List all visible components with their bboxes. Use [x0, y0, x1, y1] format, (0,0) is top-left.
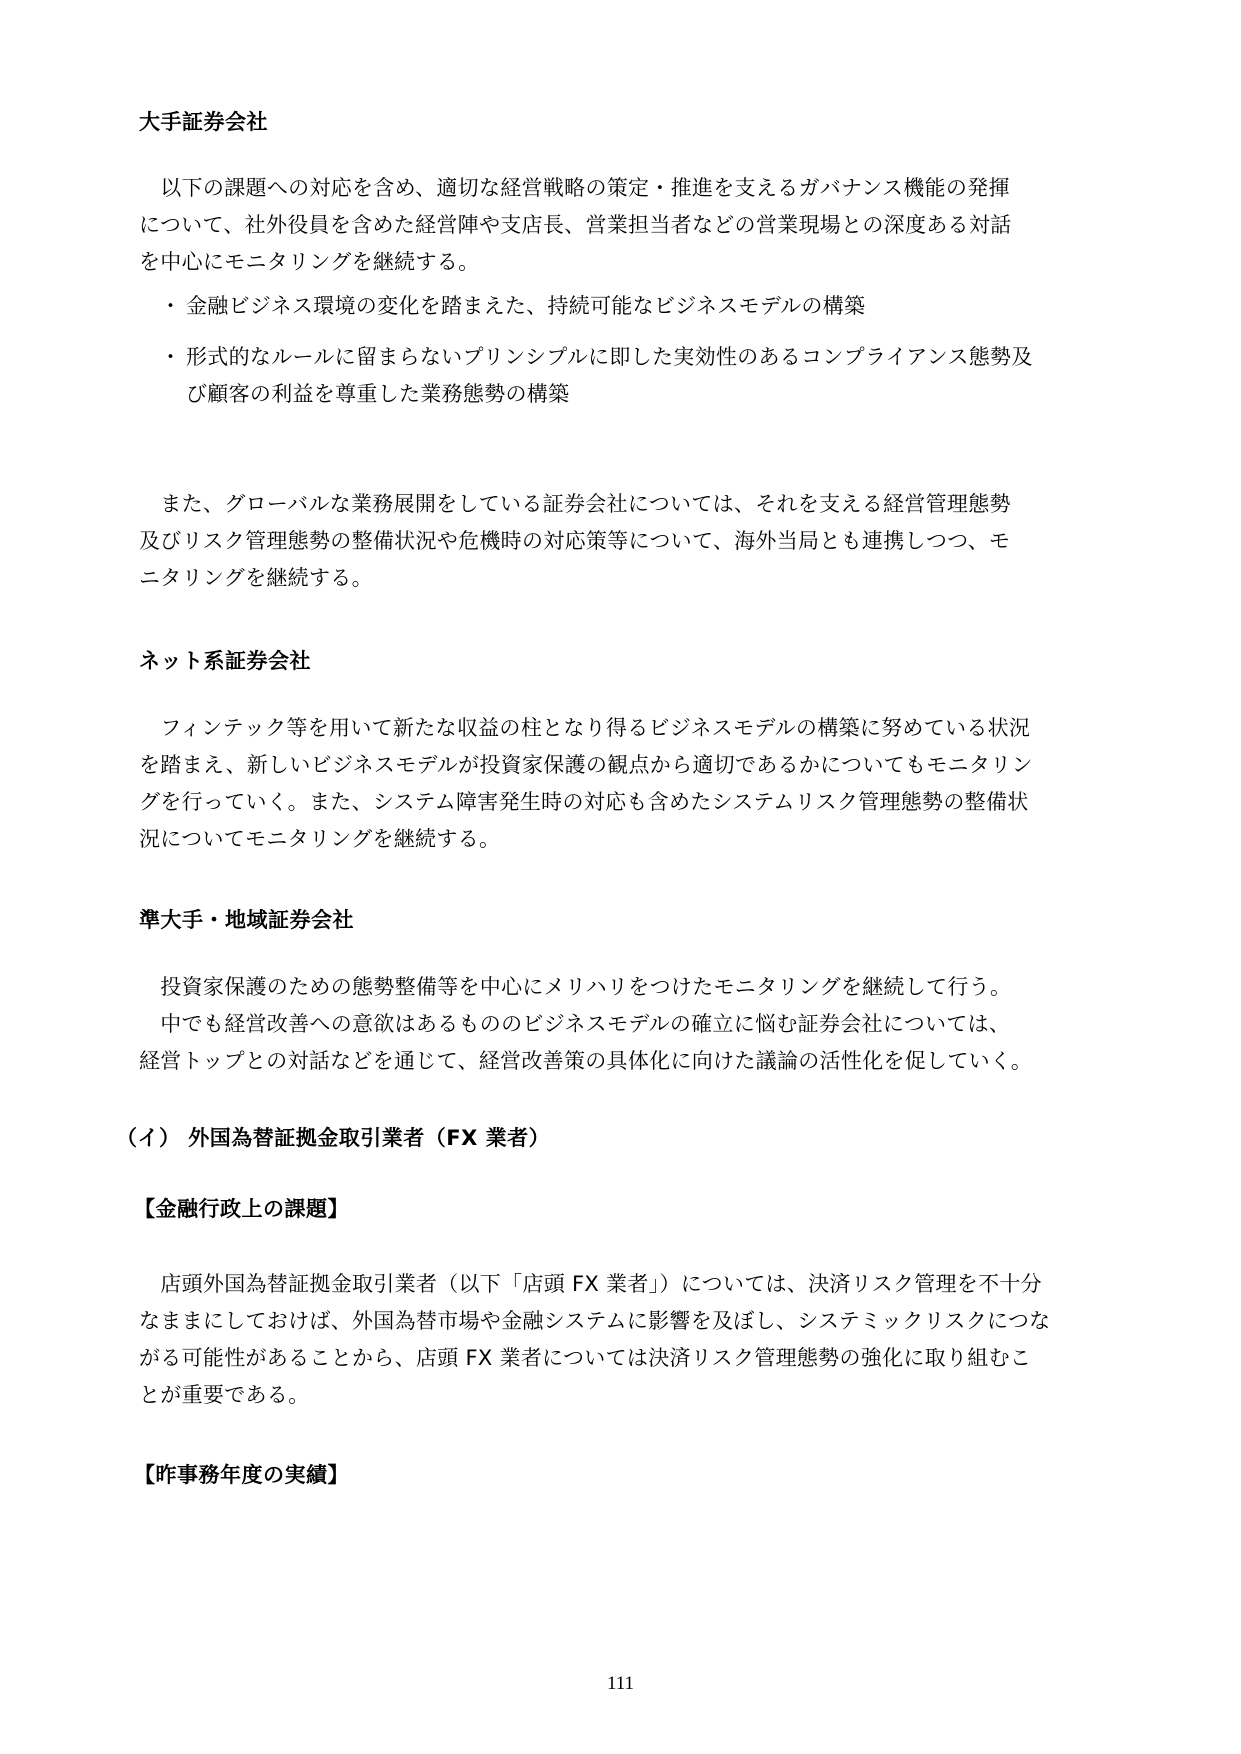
text-line: を踏まえ、新しいビジネスモデルが投資家保護の観点から適切であるかについてもモニタ… — [139, 747, 1119, 784]
subheading-regulatory-issues: 【金融行政上の課題】 — [134, 1195, 1114, 1223]
paragraph-fx-issues: 店頭外国為替証拠金取引業者（以下「店頭 FX 業者」）については、決済リスク管理… — [139, 1266, 1119, 1414]
bullet-icon: ・ — [160, 288, 184, 325]
text-line: とが重要である。 — [139, 1377, 1119, 1414]
heading-major-firms: 大手証券会社 — [139, 108, 1119, 136]
text-line: 況についてモニタリングを継続する。 — [139, 821, 1119, 858]
text-line: 経営トップとの対話などを通じて、経営改善策の具体化に向けた議論の活性化を促してい… — [139, 1043, 1119, 1080]
text-line: 投資家保護のための態勢整備等を中心にメリハリをつけたモニタリングを継続して行う。 — [139, 969, 1119, 1006]
text-line: がる可能性があることから、店頭 FX 業者については決済リスク管理態勢の強化に取… — [139, 1340, 1119, 1377]
text-line: び顧客の利益を尊重した業務態勢の構築 — [186, 376, 1033, 413]
page-number: 111 — [0, 1673, 1241, 1695]
paragraph-major-firms-global: また、グローバルな業務展開をしている証券会社については、それを支える経営管理態勢… — [139, 486, 1119, 597]
paragraph-major-firms-intro: 以下の課題への対応を含め、適切な経営戦略の策定・推進を支えるガバナンス機能の発揮… — [139, 170, 1119, 281]
heading-online-firms: ネット系証券会社 — [139, 647, 1119, 675]
text-line: 店頭外国為替証拠金取引業者（以下「店頭 FX 業者」）については、決済リスク管理… — [139, 1266, 1119, 1303]
text-line: ニタリングを継続する。 — [139, 560, 1119, 597]
paragraph-online-firms: フィンテック等を用いて新たな収益の柱となり得るビジネスモデルの構築に努めている状… — [139, 710, 1119, 858]
text-line: また、グローバルな業務展開をしている証券会社については、それを支える経営管理態勢 — [139, 486, 1119, 523]
bullet-text: 形式的なルールに留まらないプリンシプルに即した実効性のあるコンプライアンス態勢及… — [186, 339, 1033, 413]
subheading-previous-year-results: 【昨事務年度の実績】 — [134, 1461, 1114, 1489]
text-line: 中でも経営改善への意欲はあるもののビジネスモデルの確立に悩む証券会社については、 — [139, 1006, 1119, 1043]
bullet-icon: ・ — [160, 339, 184, 376]
text-line: グを行っていく。また、システム障害発生時の対応も含めたシステムリスク管理態勢の整… — [139, 784, 1119, 821]
text-line: フィンテック等を用いて新たな収益の柱となり得るビジネスモデルの構築に努めている状… — [139, 710, 1119, 747]
document-page: 大手証券会社 以下の課題への対応を含め、適切な経営戦略の策定・推進を支えるガバナ… — [0, 0, 1241, 1754]
heading-fx-dealers: （イ） 外国為替証拠金取引業者（FX 業者） — [116, 1124, 1096, 1152]
text-line: なままにしておけば、外国為替市場や金融システムに影響を及ぼし、システミックリスク… — [139, 1303, 1119, 1340]
text-line: 形式的なルールに留まらないプリンシプルに即した実効性のあるコンプライアンス態勢及 — [186, 339, 1033, 376]
text-line: 以下の課題への対応を含め、適切な経営戦略の策定・推進を支えるガバナンス機能の発揮 — [139, 170, 1119, 207]
paragraph-midsize-regional-firms: 投資家保護のための態勢整備等を中心にメリハリをつけたモニタリングを継続して行う。… — [139, 969, 1119, 1080]
text-line: について、社外役員を含めた経営陣や支店長、営業担当者などの営業現場との深度ある対… — [139, 207, 1119, 244]
text-line: 金融ビジネス環境の変化を踏まえた、持続可能なビジネスモデルの構築 — [186, 288, 865, 325]
bullet-text: 金融ビジネス環境の変化を踏まえた、持続可能なビジネスモデルの構築 — [186, 288, 865, 325]
text-line: 及びリスク管理態勢の整備状況や危機時の対応策等について、海外当局とも連携しつつ、… — [139, 523, 1119, 560]
heading-midsize-regional-firms: 準大手・地域証券会社 — [139, 906, 1119, 934]
text-line: を中心にモニタリングを継続する。 — [139, 244, 1119, 281]
